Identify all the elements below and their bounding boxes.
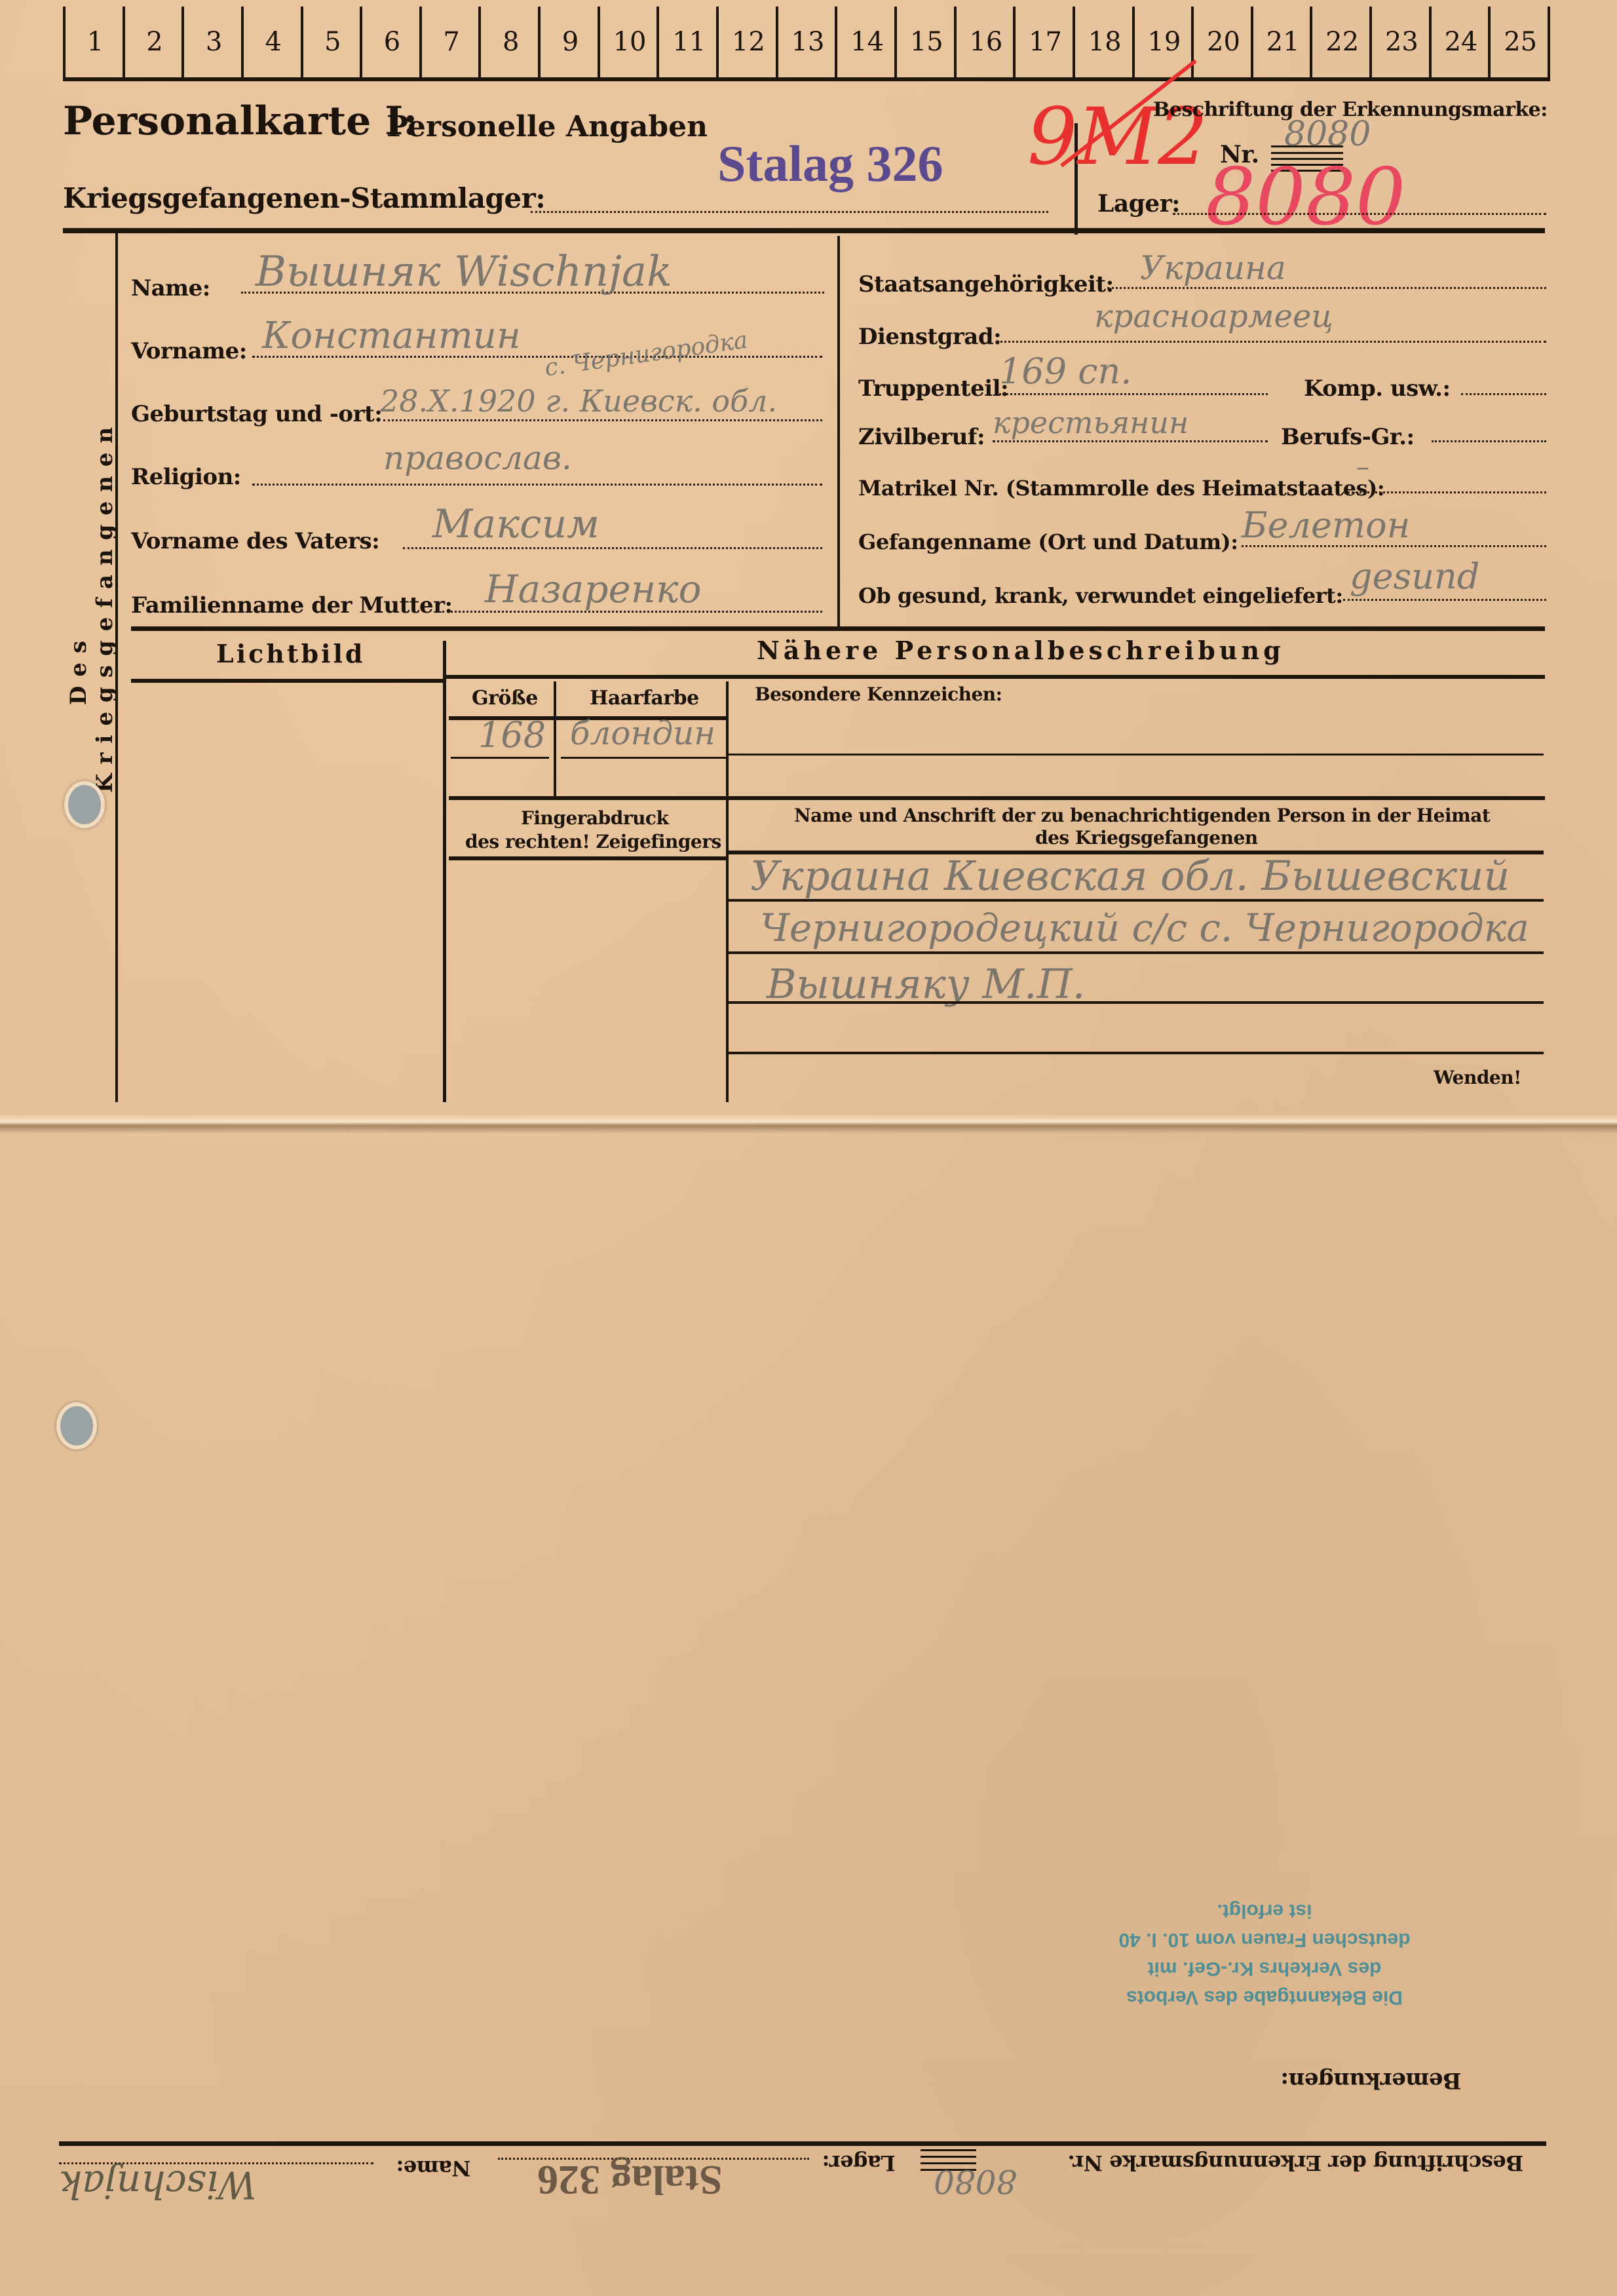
religion-value[interactable]: православ. <box>383 439 572 477</box>
punch-hole-bottom <box>56 1402 97 1449</box>
remarks-label: Bemerkungen: <box>1281 2067 1462 2094</box>
card-title: Personalkarte I: <box>63 98 417 144</box>
stamp-line: Die Bekanntgabe des Verbots <box>1068 1983 1461 2012</box>
unit-value[interactable]: 169 сп. <box>999 351 1132 392</box>
fingerprint-label-1: Fingerabdruck <box>521 807 668 829</box>
capture-label: Gefangenname (Ort und Datum): <box>858 529 1238 554</box>
strip-cell-23: 23 <box>1369 7 1432 77</box>
strip-cell-16: 16 <box>954 7 1016 77</box>
bottom-name-label: Name: <box>396 2156 471 2181</box>
strip-cell-25: 25 <box>1488 7 1550 77</box>
fold-crease <box>0 1114 1617 1134</box>
strip-cell-20: 20 <box>1191 7 1253 77</box>
rank-label: Dienstgrad: <box>858 324 1001 350</box>
strip-cell-24: 24 <box>1429 7 1491 77</box>
strip-cell-9: 9 <box>538 7 600 77</box>
stamp-line: ist erfolgt. <box>1068 1896 1461 1925</box>
bottom-name-value[interactable]: Wischnjak <box>59 2162 257 2207</box>
fingerprint-area <box>449 860 726 1102</box>
punch-hole-top <box>64 781 105 828</box>
fingerprint-label-2: des rechten! Zeigefingers <box>465 831 721 852</box>
strip-cell-3: 3 <box>181 7 244 77</box>
job-group-label: Berufs-Gr.: <box>1281 424 1415 450</box>
health-value[interactable]: gesund <box>1350 556 1479 597</box>
strip-cell-22: 22 <box>1310 7 1372 77</box>
strip-cell-8: 8 <box>478 7 541 77</box>
number-strip: 1234567891011121314151617181920212223242… <box>63 7 1550 80</box>
bottom-lager-label: Lager: <box>822 2151 896 2175</box>
stamp-line: deutschen Frauen vom 10. I. 40 <box>1068 1925 1461 1954</box>
rank-value[interactable]: красноармеец <box>1094 298 1333 335</box>
bottom-lager-stamp: Stalag 326 <box>537 2156 723 2204</box>
birth-value[interactable]: 28.X.1920 г. Киевск. обл. <box>380 383 777 419</box>
marks-label: Besondere Kennzeichen: <box>755 683 1002 705</box>
strip-cell-2: 2 <box>123 7 185 77</box>
matrikel-value[interactable]: – <box>1356 452 1369 482</box>
card-subtitle: Personelle Angaben <box>387 110 708 143</box>
nationality-label: Staatsangehörigkeit: <box>858 271 1114 297</box>
strip-cell-14: 14 <box>835 7 897 77</box>
strip-cell-21: 21 <box>1251 7 1313 77</box>
matrikel-label: Matrikel Nr. (Stammrolle des Heimatstaat… <box>858 476 1384 501</box>
religion-label: Religion: <box>131 464 241 490</box>
bottom-tag-label: Beschriftung der Erkennungsmarke Nr. <box>1068 2151 1523 2175</box>
vorname-label: Vorname: <box>131 338 247 364</box>
capture-value[interactable]: Белетон <box>1242 505 1410 546</box>
description-title: Nähere Personalbeschreibung <box>757 636 1285 665</box>
hair-value[interactable]: блондин <box>570 714 715 752</box>
civil-job-label: Zivilberuf: <box>858 424 985 450</box>
unit-label: Truppenteil: <box>858 375 1008 402</box>
mother-value[interactable]: Назаренко <box>485 567 702 611</box>
strip-cell-5: 5 <box>301 7 363 77</box>
camp-stamp: Stalag 326 <box>717 134 943 193</box>
mother-label: Familienname der Mutter: <box>131 592 453 619</box>
height-label: Größe <box>472 687 538 710</box>
hair-label: Haarfarbe <box>590 687 699 710</box>
civil-job-value[interactable]: крестьянин <box>993 405 1189 440</box>
birth-label: Geburtstag und -ort: <box>131 401 382 427</box>
strip-cell-17: 17 <box>1013 7 1075 77</box>
name-value[interactable]: Вышняк Wischnjak <box>256 248 672 296</box>
nr-value-struck: 8080 <box>1284 115 1371 154</box>
stamp-line: des Verkehrs Kr.-Gef. mit <box>1068 1954 1461 1983</box>
strip-cell-15: 15 <box>894 7 957 77</box>
turn-label: Wenden! <box>1434 1067 1521 1088</box>
lager-label: Lager: <box>1097 190 1180 218</box>
company-label: Komp. usw.: <box>1304 375 1451 402</box>
father-value[interactable]: Максим <box>432 501 599 547</box>
strip-cell-11: 11 <box>656 7 719 77</box>
contact-line-1[interactable]: Украина Киевская обл. Бышевский <box>750 852 1510 900</box>
photo-label: Lichtbild <box>216 639 365 668</box>
contact-label-1: Name und Anschrift der zu benachrichtige… <box>794 805 1490 826</box>
vorname-value[interactable]: Константин <box>262 315 521 357</box>
contact-label-2: des Kriegsgefangenen <box>1035 827 1258 849</box>
photo-area <box>131 683 443 1102</box>
contact-line-2[interactable]: Чернигородецкий с/с с. Чернигородка <box>760 906 1529 950</box>
flipped-stamp-block: Die Bekanntgabe des Verbots des Verkehrs… <box>1068 1881 1461 2012</box>
health-label: Ob gesund, krank, verwundet eingeliefert… <box>858 583 1343 608</box>
name-label: Name: <box>131 275 210 301</box>
father-label: Vorname des Vaters: <box>131 528 379 554</box>
nationality-value[interactable]: Украина <box>1140 249 1286 287</box>
strip-cell-7: 7 <box>419 7 482 77</box>
height-value[interactable]: 168 <box>478 714 546 756</box>
strip-cell-18: 18 <box>1073 7 1135 77</box>
strip-cell-1: 1 <box>63 7 125 77</box>
strip-cell-10: 10 <box>598 7 660 77</box>
strip-cell-12: 12 <box>716 7 778 77</box>
strip-cell-13: 13 <box>776 7 838 77</box>
strip-cell-6: 6 <box>360 7 422 77</box>
bottom-tag-value[interactable]: 8080 <box>934 2162 1017 2200</box>
camp-label: Kriegsgefangenen-Stammlager: <box>63 182 545 214</box>
side-label: Des Kriegsgefangenen <box>66 544 118 793</box>
strip-cell-4: 4 <box>241 7 303 77</box>
